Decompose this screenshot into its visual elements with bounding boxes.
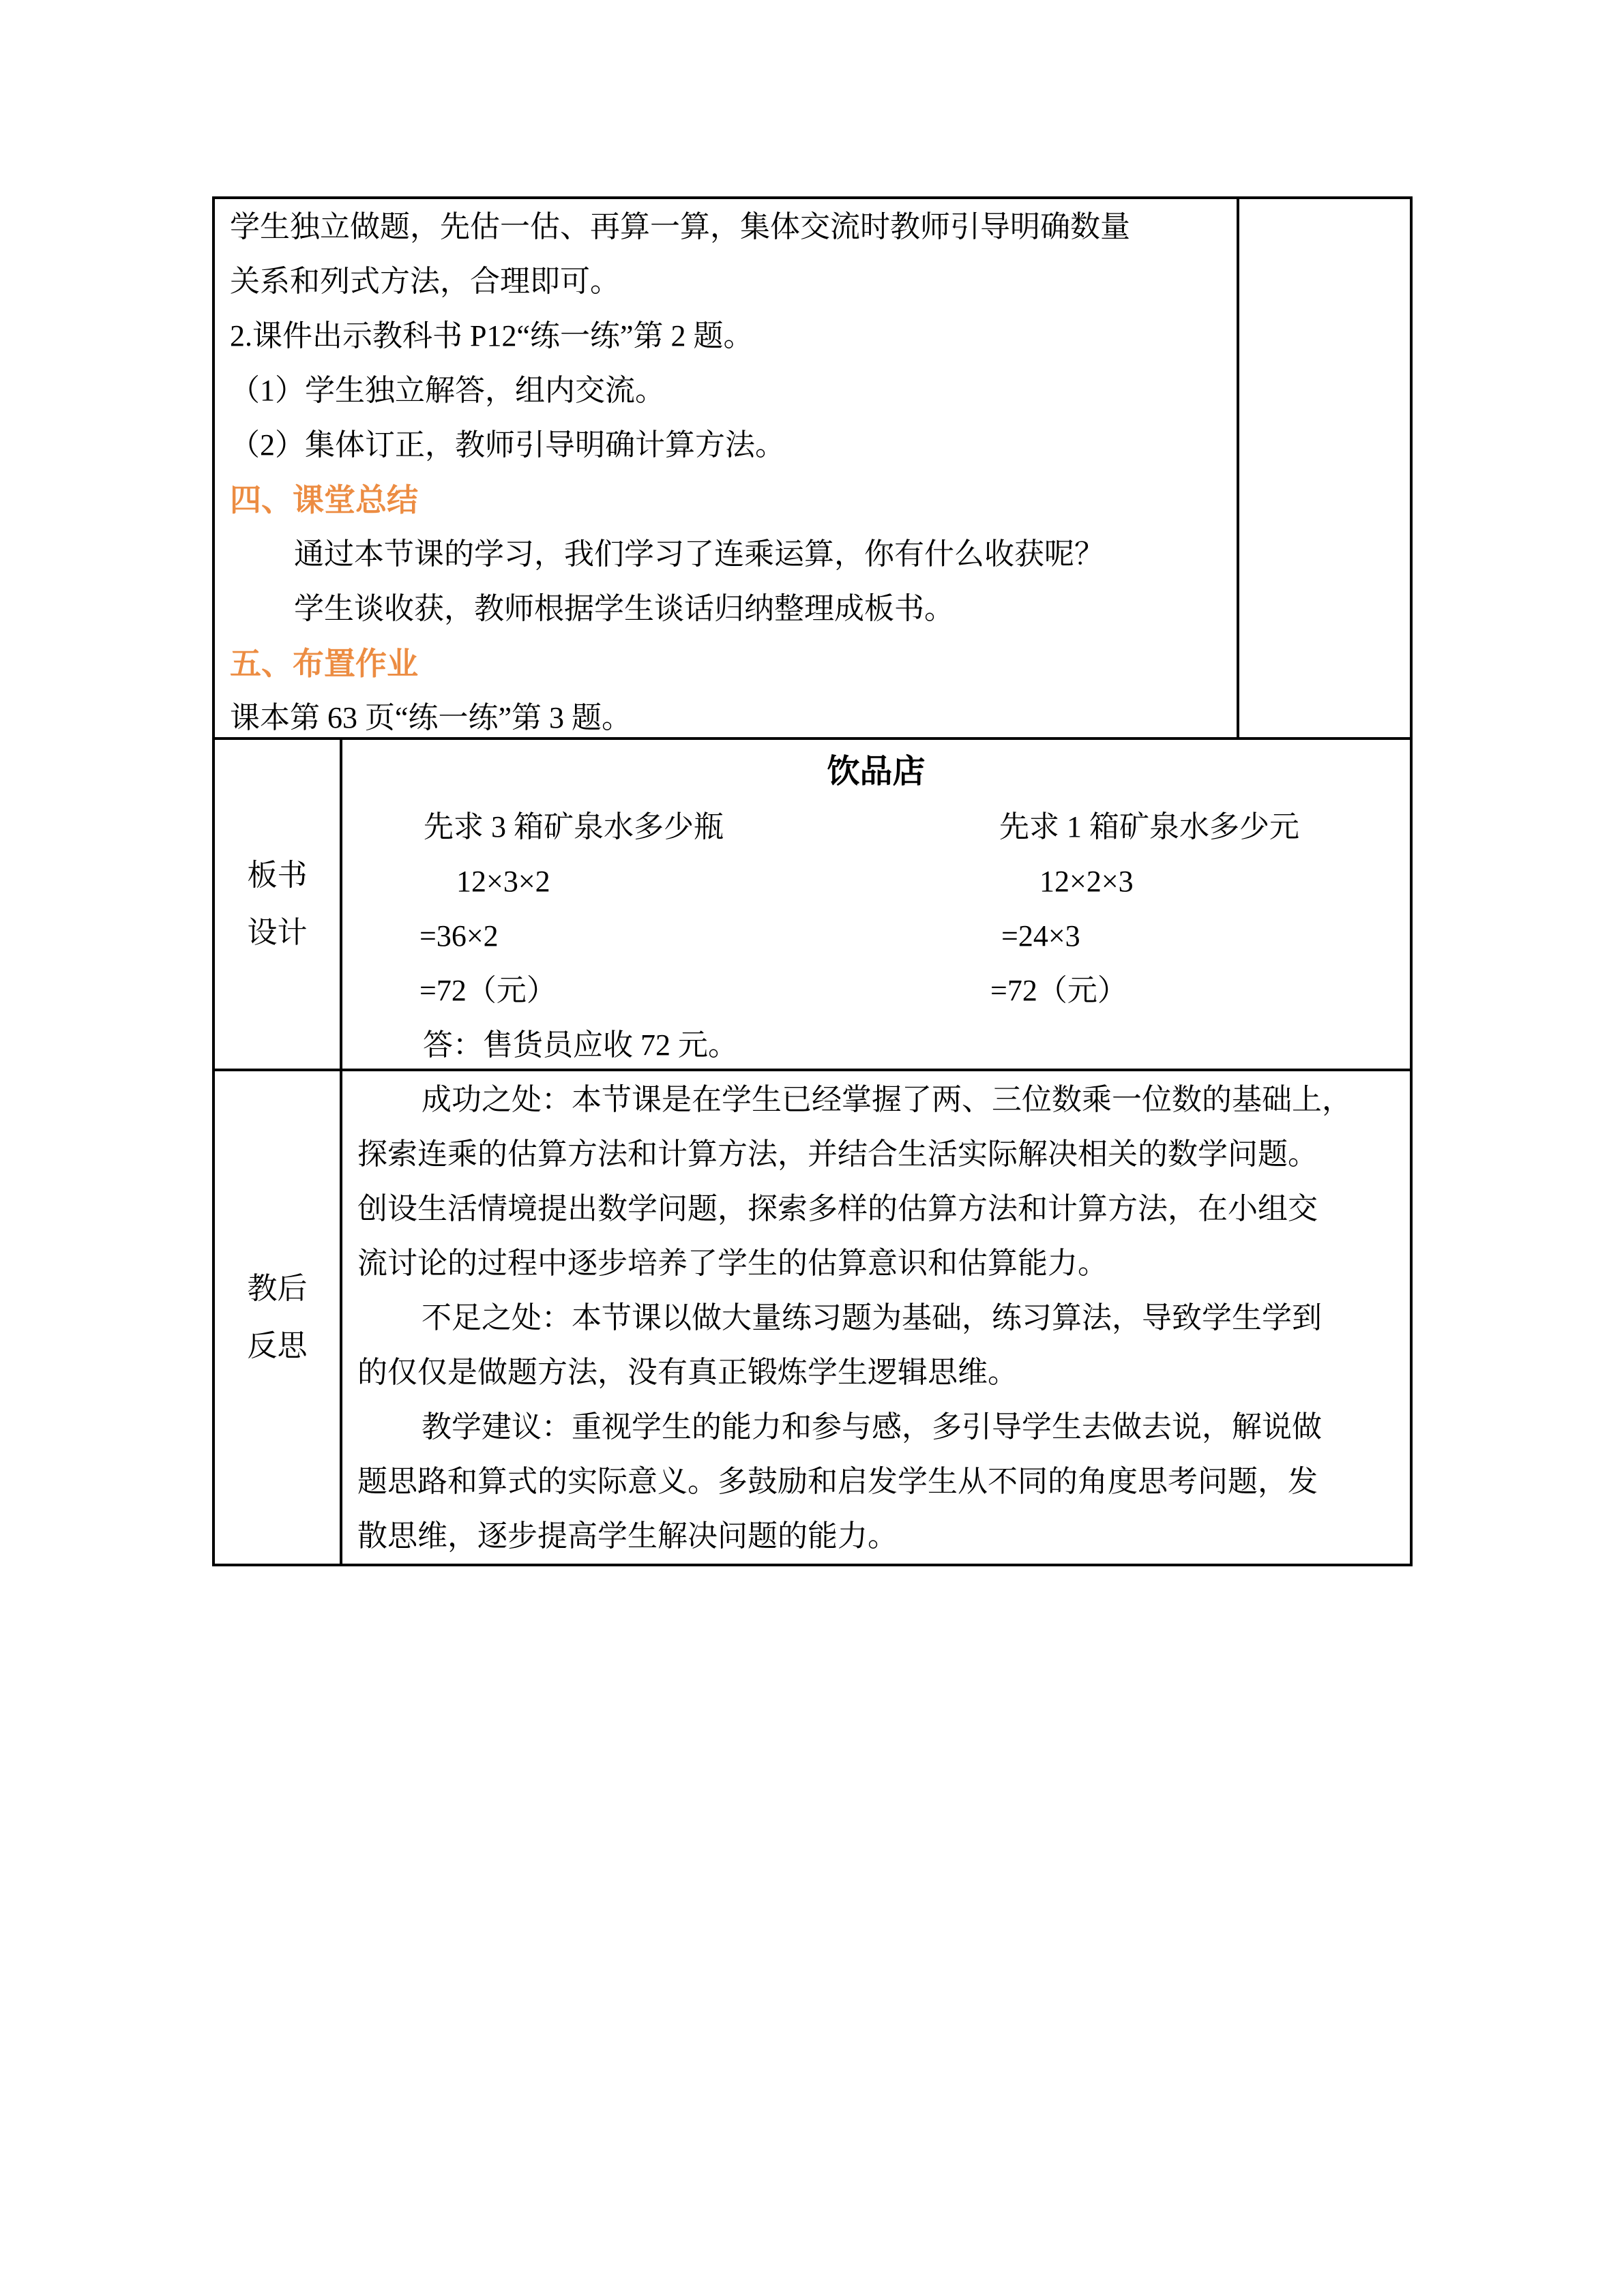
- steps-line: 学生谈收获，教师根据学生谈话归纳整理成板书。: [230, 582, 1237, 636]
- reflection-line: 的仅仅是做题方法，没有真正锻炼学生逻辑思维。: [357, 1345, 1410, 1400]
- reflection-line: 不足之处：本节课以做大量练习题为基础，练习算法，导致学生学到: [357, 1291, 1410, 1345]
- reflection-row: 教后 反思 成功之处：本节课是在学生已经掌握了两、三位数乘一位数的基础上， 探索…: [215, 1071, 1410, 1564]
- method-step: =72（元）: [419, 964, 724, 1018]
- reflection-line: 成功之处：本节课是在学生已经掌握了两、三位数乘一位数的基础上，: [357, 1073, 1410, 1127]
- method-caption: 先求 3 箱矿泉水多少瓶: [424, 800, 724, 854]
- board-design-label-line: 板书: [248, 847, 308, 904]
- board-design-row: 板书 设计 饮品店 先求 3 箱矿泉水多少瓶 12×3×2 =36×2 =72（…: [215, 740, 1410, 1071]
- reflection-content-cell: 成功之处：本节课是在学生已经掌握了两、三位数乘一位数的基础上， 探索连乘的估算方…: [342, 1071, 1410, 1564]
- reflection-line: 教学建议：重视学生的能力和参与感，多引导学生去做去说，解说做: [357, 1400, 1410, 1455]
- method-expression: 12×2×3: [1039, 854, 1299, 909]
- board-method-left: 先求 3 箱矿泉水多少瓶 12×3×2 =36×2 =72（元）: [419, 800, 724, 1018]
- document-page: 学生独立做题，先估一估、再算一算，集体交流时教师引导明确数量 关系和列式方法，合…: [0, 0, 1624, 2296]
- method-expression: 12×3×2: [456, 854, 724, 909]
- reflection-line: 题思路和算式的实际意义。多鼓励和启发学生从不同的角度思考问题，发: [357, 1455, 1410, 1509]
- steps-line: 2.课件出示教科书 P12“练一练”第 2 题。: [230, 309, 1237, 363]
- steps-line: （2）集体订正，教师引导明确计算方法。: [230, 418, 1237, 473]
- board-design-content-cell: 饮品店 先求 3 箱矿泉水多少瓶 12×3×2 =36×2 =72（元） 先求 …: [342, 740, 1410, 1069]
- steps-line: 课本第 63 页“练一练”第 3 题。: [230, 691, 1237, 737]
- steps-line: （1）学生独立解答，组内交流。: [230, 363, 1237, 418]
- board-design-label-cell: 板书 设计: [215, 740, 342, 1069]
- board-method-right: 先求 1 箱矿泉水多少元 12×2×3 =24×3 =72（元）: [989, 800, 1299, 1018]
- steps-line: 关系和列式方法，合理即可。: [230, 254, 1237, 309]
- board-design-label-line: 设计: [248, 904, 308, 961]
- reflection-line: 创设生活情境提出数学问题，探索多样的估算方法和计算方法，在小组交: [357, 1182, 1410, 1236]
- steps-line: 学生独立做题，先估一估、再算一算，集体交流时教师引导明确数量: [230, 200, 1237, 254]
- lesson-steps-cell: 学生独立做题，先估一估、再算一算，集体交流时教师引导明确数量 关系和列式方法，合…: [215, 199, 1239, 737]
- method-caption: 先求 1 箱矿泉水多少元: [999, 800, 1299, 854]
- reflection-label-cell: 教后 反思: [215, 1071, 342, 1564]
- method-step: =36×2: [419, 909, 724, 964]
- method-step: =72（元）: [990, 964, 1299, 1018]
- board-answer: 答：售货员应收 72 元。: [423, 1018, 1410, 1069]
- reflection-line: 流讨论的过程中逐步培养了学生的估算意识和估算能力。: [357, 1236, 1410, 1291]
- board-title: 饮品店: [342, 743, 1410, 800]
- reflection-line: 探索连乘的估算方法和计算方法，并结合生活实际解决相关的数学问题。: [357, 1127, 1410, 1182]
- board-methods: 先求 3 箱矿泉水多少瓶 12×3×2 =36×2 =72（元） 先求 1 箱矿…: [342, 800, 1410, 1018]
- steps-line: 通过本节课的学习，我们学习了连乘运算，你有什么收获呢？: [230, 527, 1237, 582]
- lesson-steps-row: 学生独立做题，先估一估、再算一算，集体交流时教师引导明确数量 关系和列式方法，合…: [215, 199, 1410, 740]
- section-heading-homework: 五、布置作业: [230, 636, 1237, 691]
- reflection-label-line: 反思: [248, 1317, 308, 1375]
- method-step: =24×3: [1001, 909, 1299, 964]
- lesson-plan-table: 学生独立做题，先估一估、再算一算，集体交流时教师引导明确数量 关系和列式方法，合…: [212, 196, 1413, 1566]
- reflection-label-line: 教后: [248, 1260, 308, 1317]
- section-heading-class-summary: 四、课堂总结: [230, 473, 1237, 527]
- reflection-line: 散思维，逐步提高学生解决问题的能力。: [357, 1509, 1410, 1564]
- empty-side-column: [1239, 199, 1410, 737]
